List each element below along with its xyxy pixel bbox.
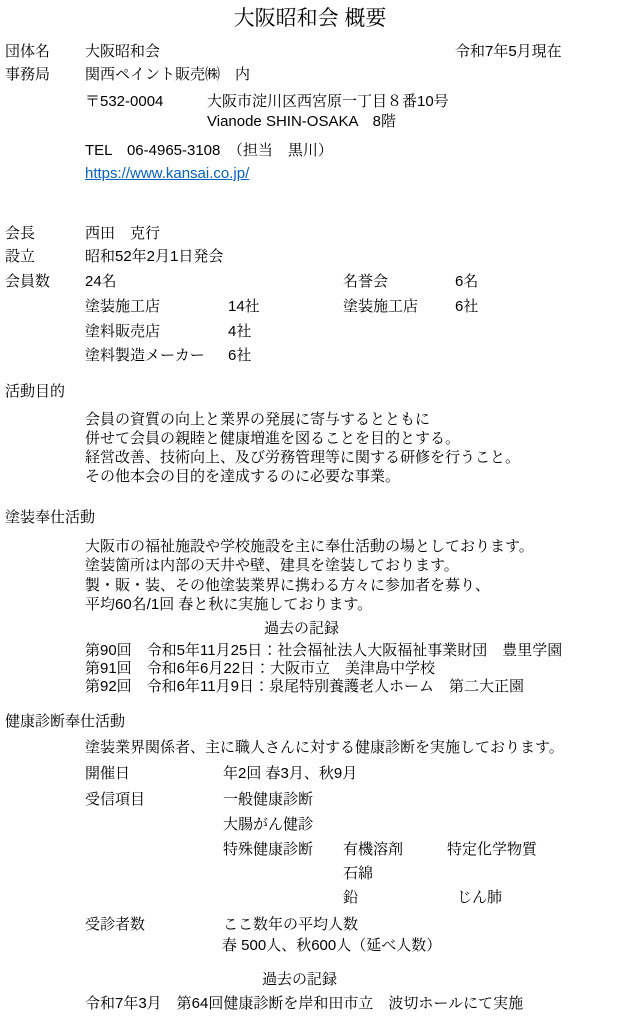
- painting-service-line: 大阪市の福祉施設や学校施設を主に奉仕活動の場としております。: [85, 537, 534, 556]
- member-breakdown-label: 塗料製造メーカー: [85, 346, 205, 365]
- office-website-link[interactable]: https://www.kansai.co.jp/: [85, 164, 249, 183]
- special-item-pneumoconiosis: じん肺: [457, 888, 502, 907]
- checkup-item-general: 一般健康診断: [223, 790, 313, 809]
- checkup-item-colon-cancer: 大腸がん健診: [223, 815, 313, 834]
- chairman-name: 西田 克行: [85, 224, 160, 243]
- purpose-line: 経営改善、技術向上、及び労務管理等に関する研修を行うこと。: [85, 448, 520, 467]
- health-record-row: 令和7年3月 第64回健康診断を岸和田市立 波切ホールにて実施: [85, 994, 523, 1013]
- member-breakdown-value: 6社: [228, 346, 251, 365]
- special-item-specific-chemicals: 特定化学物質: [447, 840, 537, 859]
- member-breakdown-label: 塗装施工店: [85, 297, 160, 316]
- member-breakdown-value: 14社: [228, 297, 260, 316]
- honorary-total: 6名: [455, 272, 478, 291]
- address-line-2: Vianode SHIN-OSAKA 8階: [207, 112, 396, 131]
- painting-service-line: 平均60名/1回 春と秋に実施しております。: [85, 595, 372, 614]
- attendees-line-1: ここ数年の平均人数: [223, 915, 358, 934]
- schedule-value: 年2回 春3月、秋9月: [223, 764, 357, 783]
- attendees-line-2: 春 500人、秋600人（延べ人数）: [222, 936, 441, 955]
- honorary-breakdown-label: 塗装施工店: [343, 297, 418, 316]
- painting-record-row: 第92回 令和6年11月9日：泉尾特別養護老人ホーム 第二大正園: [85, 677, 524, 696]
- painting-service-heading: 塗装奉仕活動: [5, 508, 95, 527]
- checkup-item-special-label: 特殊健康診断: [223, 840, 313, 859]
- schedule-label: 開催日: [85, 764, 130, 783]
- painting-record-row: 第91回 令和6年6月22日：大阪市立 美津島中学校: [85, 659, 435, 678]
- group-name-label: 団体名: [5, 42, 50, 61]
- purpose-line: 会員の資質の向上と業界の発展に寄与するとともに: [85, 410, 430, 429]
- postal-code: 〒532-0004: [85, 92, 163, 111]
- painting-records-heading: 過去の記録: [264, 619, 339, 638]
- founded-date: 昭和52年2月1日発会: [85, 247, 223, 266]
- purpose-heading: 活動目的: [5, 382, 65, 401]
- chairman-label: 会長: [5, 224, 35, 243]
- special-item-lead: 鉛: [343, 888, 358, 907]
- office-label: 事務局: [5, 65, 50, 84]
- address-line-1: 大阪市淀川区西宮原一丁目８番10号: [207, 92, 449, 111]
- document-page: 大阪昭和会 概要 団体名 大阪昭和会 令和7年5月現在 事務局 関西ペイント販売…: [0, 0, 620, 1029]
- office-name: 関西ペイント販売㈱ 内: [85, 65, 250, 84]
- attendees-label: 受診者数: [85, 915, 145, 934]
- painting-service-line: 製・販・装、その他塗装業界に携わる方々に参加者を募り、: [85, 576, 490, 595]
- purpose-line: その他本会の目的を達成するのに必要な事業。: [85, 467, 400, 486]
- founded-label: 設立: [5, 247, 35, 266]
- purpose-line: 併せて会員の親睦と健康増進を図ることを目的とする。: [85, 429, 460, 448]
- member-breakdown-label: 塗料販売店: [85, 322, 160, 341]
- members-total: 24名: [85, 272, 117, 291]
- group-name-value: 大阪昭和会: [85, 42, 160, 61]
- checkup-items-label: 受信項目: [85, 790, 145, 809]
- health-records-heading: 過去の記録: [262, 970, 337, 989]
- painting-record-row: 第90回 令和5年11月25日：社会福祉法人大阪福祉事業財団 豊里学園: [85, 641, 562, 660]
- special-item-organic-solvent: 有機溶剤: [343, 840, 403, 859]
- members-label: 会員数: [5, 272, 50, 291]
- health-service-intro: 塗装業界関係者、主に職人さんに対する健康診断を実施しております。: [85, 738, 564, 757]
- as-of-date: 令和7年5月現在: [455, 42, 562, 61]
- member-breakdown-value: 4社: [228, 322, 251, 341]
- health-service-heading: 健康診断奉仕活動: [5, 712, 125, 731]
- tel-line: TEL 06-4965-3108 （担当 黒川）: [85, 141, 333, 160]
- page-title: 大阪昭和会 概要: [0, 5, 620, 32]
- painting-service-line: 塗装箇所は内部の天井や壁、建具を塗装しております。: [85, 556, 459, 575]
- special-item-asbestos: 石綿: [343, 864, 373, 883]
- honorary-breakdown-value: 6社: [455, 297, 478, 316]
- honorary-label: 名誉会: [343, 272, 388, 291]
